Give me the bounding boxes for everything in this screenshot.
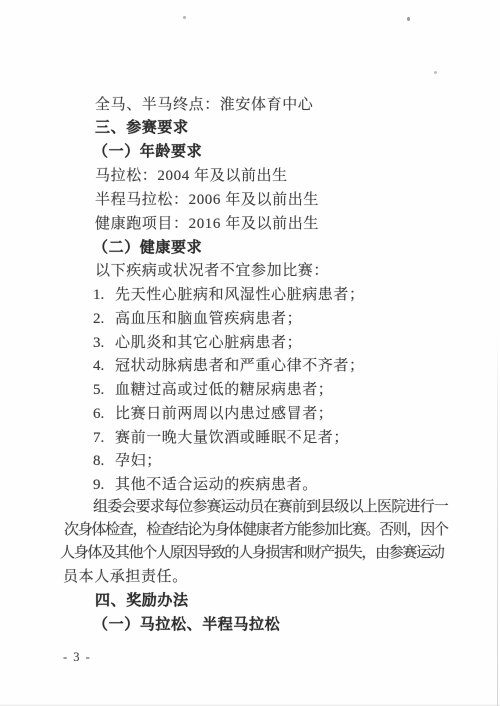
- list-item-text: 赛前一晚大量饮酒或睡眠不足者；: [115, 430, 349, 446]
- list-item-number: 6.: [93, 405, 115, 424]
- heading-marathon-half-award: （一）马拉松、半程马拉松: [93, 616, 280, 635]
- page-number: - 3 -: [63, 650, 91, 665]
- heading-entry-requirements: 三、参赛要求: [95, 119, 189, 138]
- list-item-text: 孕妇；: [115, 453, 162, 469]
- line-health-run-age: 健康跑项目：2016 年及以前出生: [95, 215, 319, 234]
- list-item-text: 其他不适合运动的疾病患者。: [115, 477, 318, 493]
- para-medical-check-line-4: 员本人承担责任。: [63, 568, 188, 587]
- list-item-text: 高血压和脑血管疾病患者；: [115, 311, 302, 327]
- list-item-2: 2.高血压和脑血管疾病患者；: [93, 310, 302, 329]
- line-health-intro: 以下疾病或状况者不宜参加比赛：: [95, 262, 329, 281]
- list-item-number: 1.: [93, 286, 115, 305]
- para-medical-check-line-3: 人身体及其他个人原因导致的人身损害和财产损失，由参赛运动: [60, 544, 444, 563]
- scan-speck: [183, 16, 186, 19]
- list-item-8: 8.孕妇；: [93, 452, 162, 471]
- list-item-text: 比赛日前两周以内患过感冒者；: [115, 406, 333, 422]
- line-marathon-age: 马拉松：2004 年及以前出生: [95, 167, 288, 186]
- para-medical-check-line-1: 组委会要求每位参赛运动员在赛前到县级以上医院进行一: [93, 498, 448, 517]
- list-item-3: 3.心肌炎和其它心脏病患者；: [93, 334, 302, 353]
- list-item-5: 5.血糖过高或过低的糖尿病患者；: [93, 381, 333, 400]
- heading-awards: 四、奖励办法: [95, 592, 189, 611]
- list-item-9: 9.其他不适合运动的疾病患者。: [93, 476, 318, 495]
- para-medical-check-line-2: 次身体检查，检查结论为身体健康者方能参加比赛。否则，因个: [64, 521, 448, 540]
- list-item-number: 3.: [93, 334, 115, 353]
- list-item-number: 9.: [93, 476, 115, 495]
- list-item-4: 4.冠状动脉病患者和严重心律不齐者；: [93, 357, 365, 376]
- scan-speck: [434, 71, 437, 74]
- list-item-text: 冠状动脉病患者和严重心律不齐者；: [115, 358, 365, 374]
- scan-speck: [407, 17, 410, 21]
- list-item-1: 1.先天性心脏病和风湿性心脏病患者；: [93, 286, 365, 305]
- list-item-text: 心肌炎和其它心脏病患者；: [115, 335, 302, 351]
- line-half-marathon-age: 半程马拉松：2006 年及以前出生: [95, 191, 319, 210]
- list-item-number: 5.: [93, 381, 115, 400]
- heading-health-requirement: （二）健康要求: [93, 239, 202, 258]
- list-item-7: 7.赛前一晚大量饮酒或睡眠不足者；: [93, 429, 349, 448]
- list-item-number: 7.: [93, 429, 115, 448]
- scanned-document-page: 全马、半马终点：淮安体育中心 三、参赛要求 （一）年龄要求 马拉松：2004 年…: [0, 0, 500, 706]
- list-item-text: 先天性心脏病和风湿性心脏病患者；: [115, 287, 365, 303]
- line-finish-point: 全马、半马终点：淮安体育中心: [95, 96, 313, 115]
- list-item-number: 8.: [93, 452, 115, 471]
- heading-age-requirement: （一）年龄要求: [93, 143, 202, 162]
- list-item-6: 6.比赛日前两周以内患过感冒者；: [93, 405, 333, 424]
- list-item-number: 4.: [93, 357, 115, 376]
- list-item-number: 2.: [93, 310, 115, 329]
- page-edge-shadow-right: [497, 330, 498, 706]
- list-item-text: 血糖过高或过低的糖尿病患者；: [115, 382, 333, 398]
